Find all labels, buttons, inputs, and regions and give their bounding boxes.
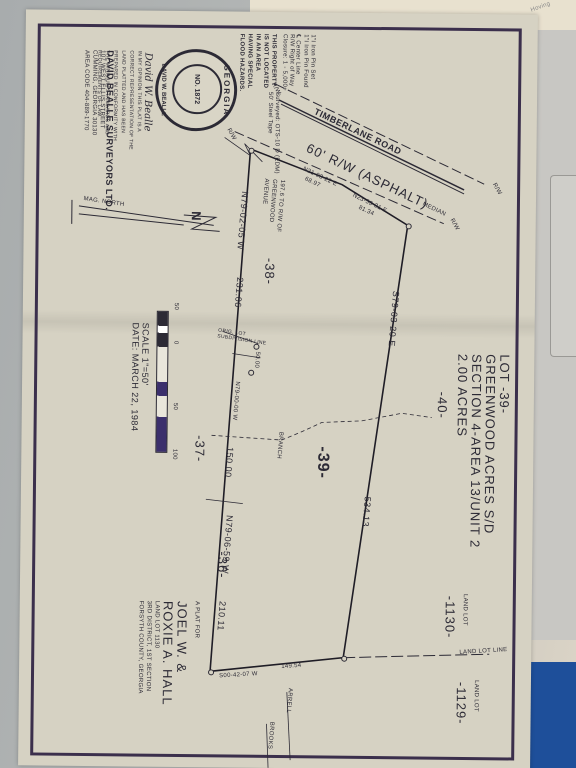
lot-38-label: -38- — [262, 258, 277, 285]
distance-rear: 149.54 — [281, 663, 301, 670]
plat-district: 3RD DISTRICT, 1ST SECTION — [145, 601, 152, 692]
land-lot-1129: -1129- — [454, 682, 469, 725]
plat-owner-2: ROXIE A. HALL — [160, 601, 176, 706]
scale-bar — [155, 311, 168, 453]
iron-pin-marker — [248, 370, 254, 376]
lot-40-label: -40- — [435, 392, 450, 419]
north-symbol: N — [189, 211, 204, 222]
land-lot-label-1130: LAND LOT — [462, 594, 468, 626]
plat-date: DATE: MARCH 22, 1984 — [130, 322, 141, 431]
scale-label: SCALE 1"=50' — [140, 323, 151, 386]
scale-tick-50a: 50 — [173, 303, 179, 310]
title-acres: 2.00 ACRES — [455, 354, 471, 437]
iron-pin-marker — [341, 656, 347, 662]
title-lot: LOT -39- — [497, 354, 513, 414]
plat-county: FORSYTH COUNTY, GEORGIA — [137, 601, 144, 694]
scale-tick-0: 0 — [172, 341, 178, 345]
land-lot-1130: -1130- — [442, 596, 457, 639]
lot-39-label: -39- — [313, 446, 331, 479]
lot-36-label: -36- — [215, 551, 230, 578]
laptop-trackpad — [550, 175, 576, 357]
corner-watermark: Hoving — [530, 1, 551, 14]
land-lot-label-1129: LAND LOT — [473, 680, 479, 712]
plat-land-lot: LAND LOT 1130 — [153, 601, 159, 649]
scale-tick-100: 100 — [171, 449, 177, 460]
survey-plat: DAVID BEALLE SURVEYORS LTD. 107 WEST ELL… — [18, 9, 538, 768]
scale-tick-50b: 50 — [172, 403, 178, 410]
iron-pin-marker — [248, 148, 254, 154]
lot-37-label: -37- — [192, 435, 207, 462]
plat-owner-1: JOEL W. & — [174, 601, 190, 673]
plat-for-prefix: A PLAT FOR — [193, 601, 199, 638]
iron-pin-marker — [208, 669, 214, 675]
iron-pin-marker — [406, 223, 412, 229]
